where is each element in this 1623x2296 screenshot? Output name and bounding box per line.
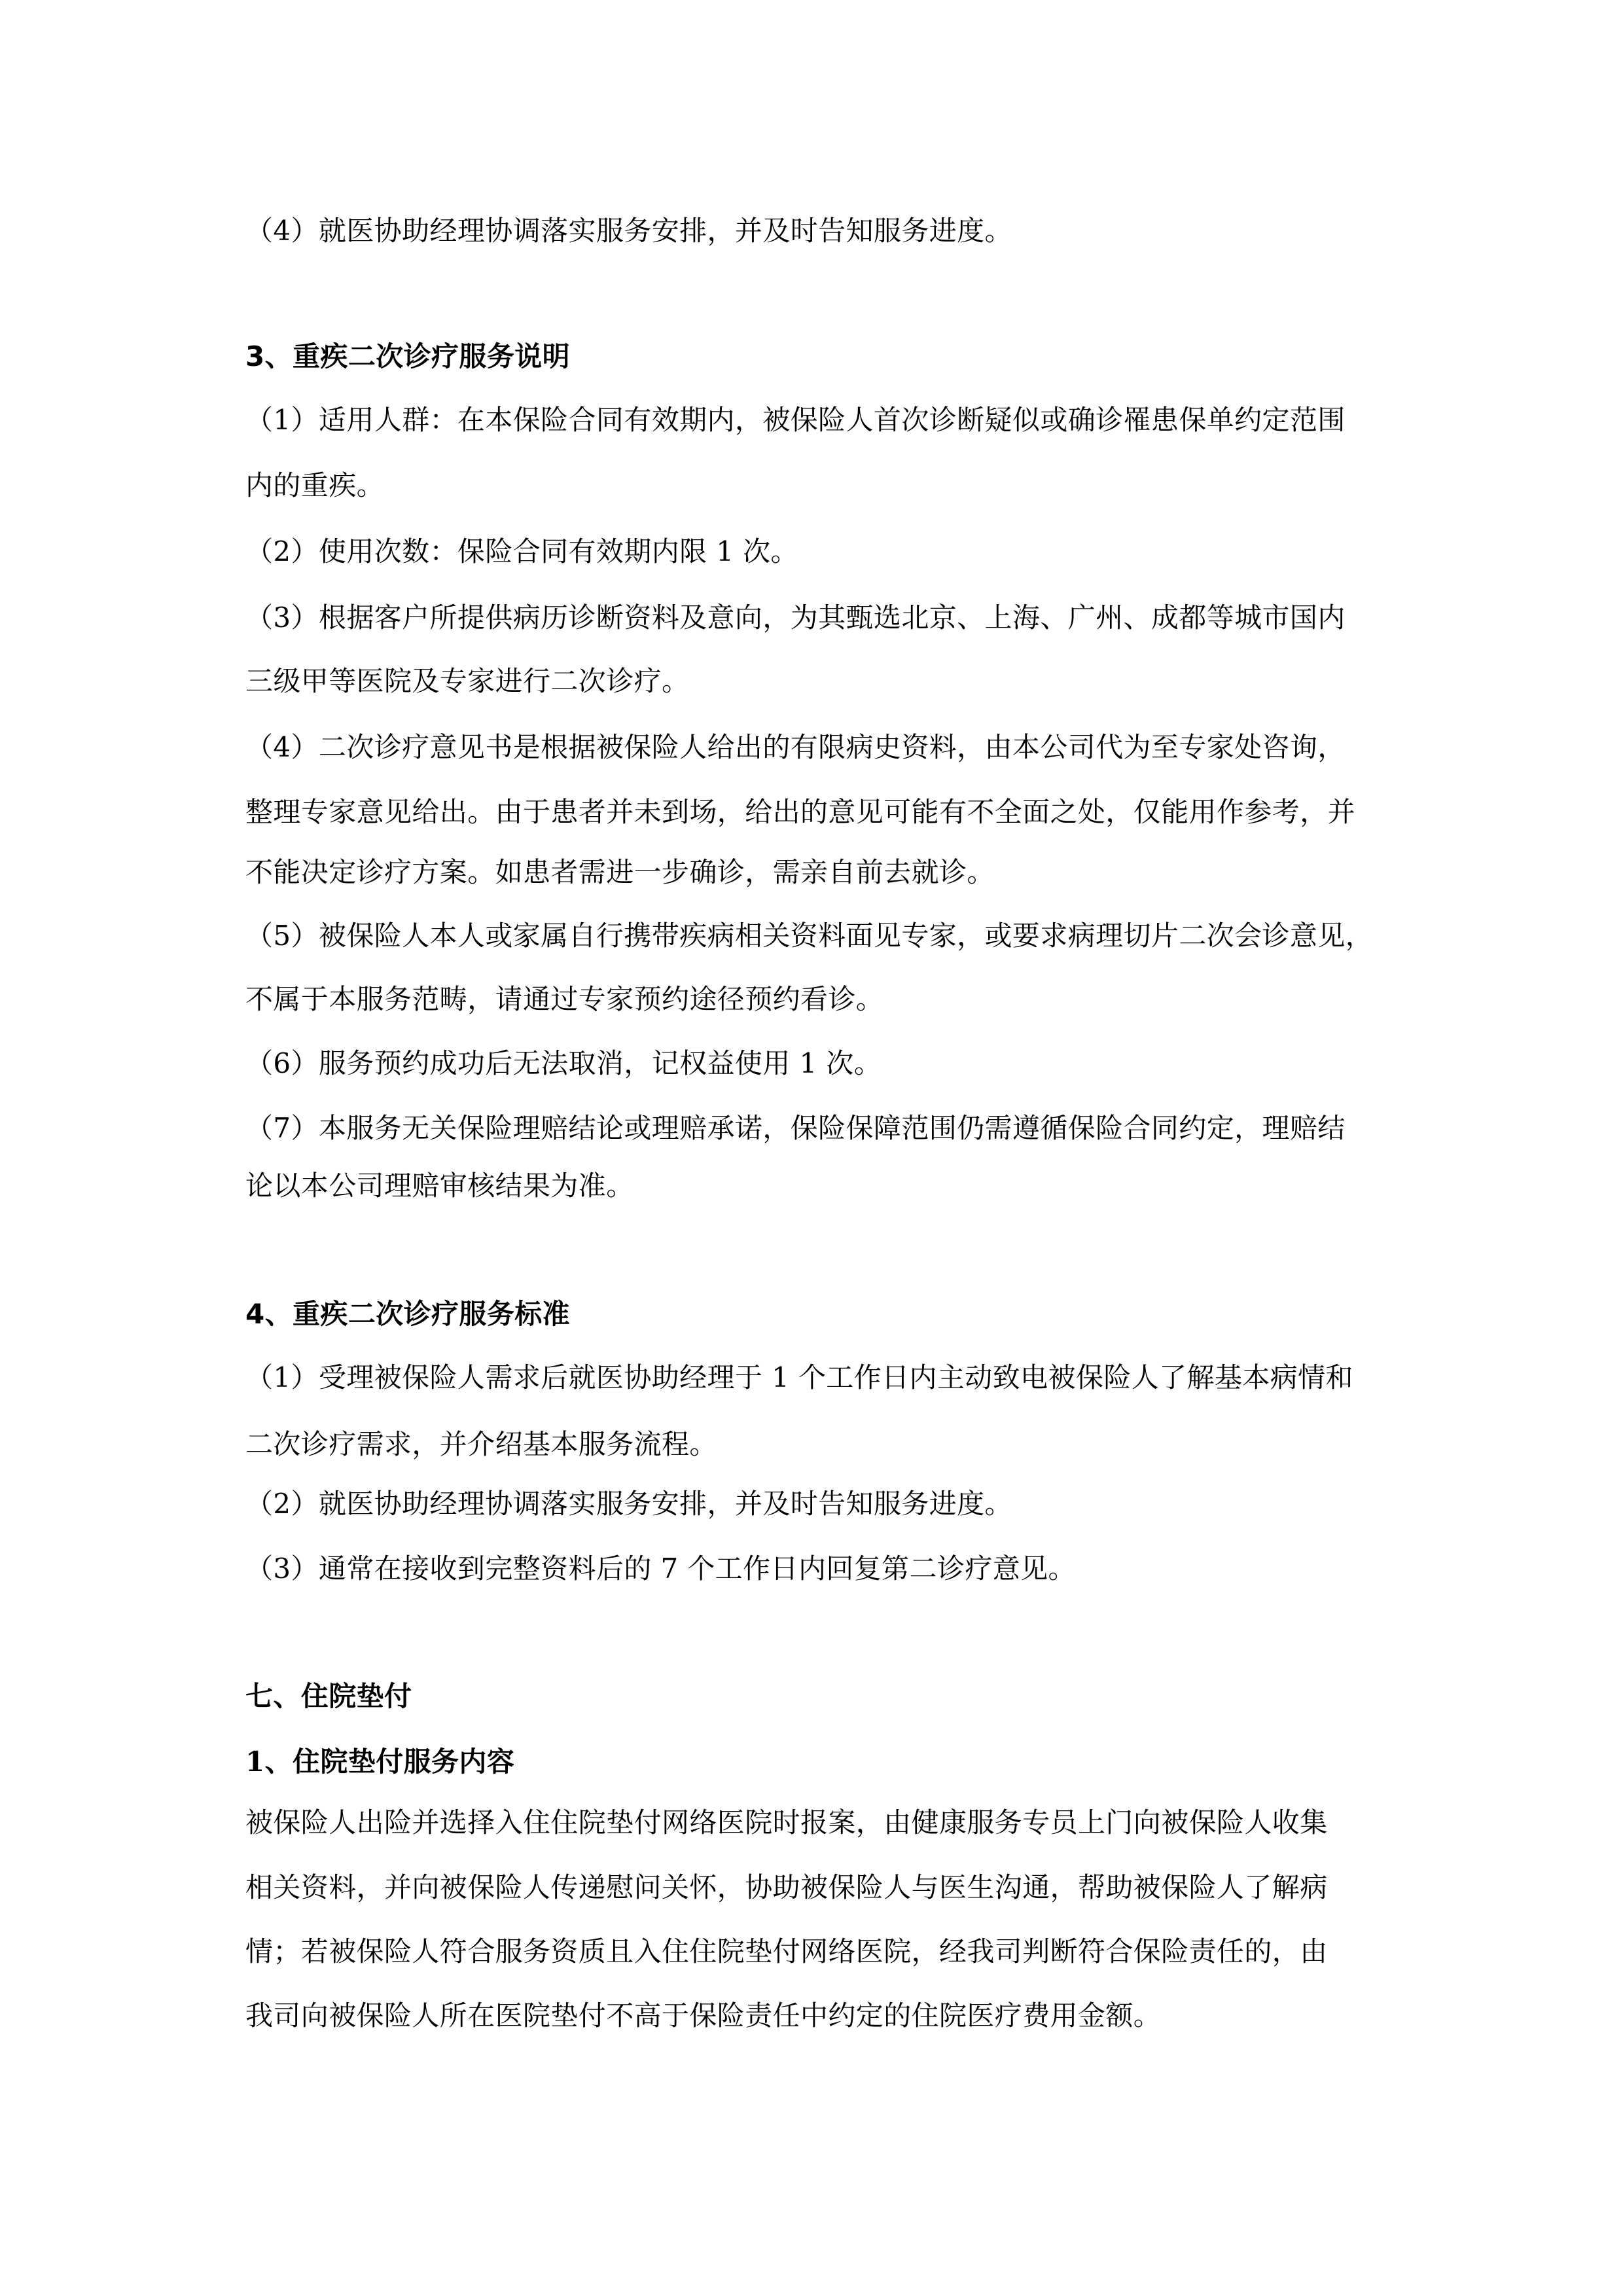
section-4-heading: 4、重疾二次诊疗服务标准	[245, 1295, 1397, 1334]
s4-item-1-line-1: （1）受理被保险人需求后就医协助经理于 1 个工作日内主动致电被保险人了解基本病…	[245, 1358, 1397, 1397]
s3-item-4-line-1: （4）二次诊疗意见书是根据被保险人给出的有限病史资料，由本公司代为至专家处咨询，	[245, 728, 1397, 767]
s3-item-5-line-1: （5）被保险人本人或家属自行携带疾病相关资料面见专家，或要求病理切片二次会诊意见…	[245, 916, 1397, 956]
s4-item-3: （3）通常在接收到完整资料后的 7 个工作日内回复第二诊疗意见。	[245, 1549, 1397, 1588]
section-3-heading: 3、重疾二次诊疗服务说明	[245, 337, 1397, 376]
s4-item-2: （2）就医协助经理协调落实服务安排，并及时告知服务进度。	[245, 1484, 1397, 1524]
body-paragraph-line-2: 相关资料，并向被保险人传递慰问关怀，协助被保险人与医生沟通，帮助被保险人了解病	[245, 1868, 1397, 1907]
chapter-7-heading: 七、住院垫付	[245, 1677, 1397, 1716]
subsection-1-heading: 1、住院垫付服务内容	[245, 1742, 1397, 1782]
document-page: （4）就医协助经理协调落实服务安排，并及时告知服务进度。 3、重疾二次诊疗服务说…	[0, 0, 1623, 2296]
s3-item-1-line-1: （1）适用人群：在本保险合同有效期内，被保险人首次诊断疑似或确诊罹患保单约定范围	[245, 401, 1397, 440]
s3-item-7-line-2: 论以本公司理赔审核结果为准。	[245, 1166, 1397, 1206]
s3-item-7-line-1: （7）本服务无关保险理赔结论或理赔承诺，保险保障范围仍需遵循保险合同约定，理赔结	[245, 1109, 1397, 1148]
s3-item-1-line-2: 内的重疾。	[245, 466, 1397, 505]
body-paragraph-line-1: 被保险人出险并选择入住住院垫付网络医院时报案，由健康服务专员上门向被保险人收集	[245, 1803, 1397, 1842]
s3-item-6: （6）服务预约成功后无法取消，记权益使用 1 次。	[245, 1044, 1397, 1083]
s3-item-4-line-2: 整理专家意见给出。由于患者并未到场，给出的意见可能有不全面之处，仅能用作参考，并	[245, 793, 1397, 832]
body-paragraph-line-4: 我司向被保险人所在医院垫付不高于保险责任中约定的住院医疗费用金额。	[245, 1996, 1397, 2036]
s3-item-5-line-2: 不属于本服务范畴，请通过专家预约途径预约看诊。	[245, 980, 1397, 1019]
s3-item-3-line-2: 三级甲等医院及专家进行二次诊疗。	[245, 662, 1397, 701]
list-item-prev-4: （4）就医协助经理协调落实服务安排，并及时告知服务进度。	[245, 211, 1397, 251]
s3-item-2: （2）使用次数：保险合同有效期内限 1 次。	[245, 532, 1397, 571]
body-paragraph-line-3: 情；若被保险人符合服务资质且入住住院垫付网络医院，经我司判断符合保险责任的，由	[245, 1932, 1397, 1971]
s3-item-3-line-1: （3）根据客户所提供病历诊断资料及意向，为其甄选北京、上海、广州、成都等城市国内	[245, 598, 1397, 637]
s3-item-4-line-3: 不能决定诊疗方案。如患者需进一步确诊，需亲自前去就诊。	[245, 853, 1397, 892]
s4-item-1-line-2: 二次诊疗需求，并介绍基本服务流程。	[245, 1425, 1397, 1464]
